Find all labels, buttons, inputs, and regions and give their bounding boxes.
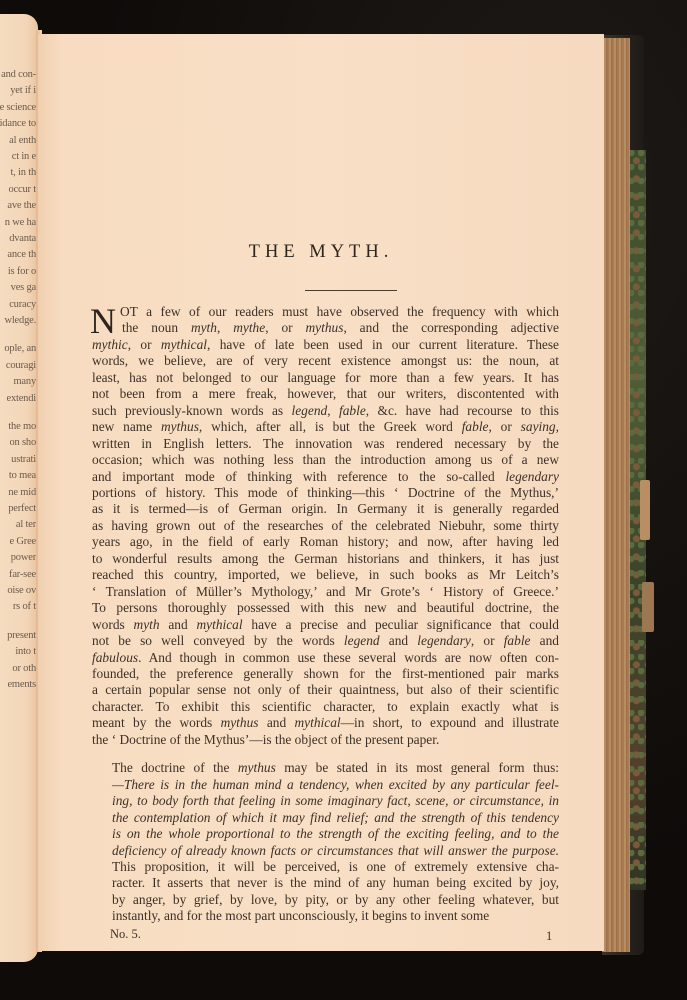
left-page-text-fragment: ves ga — [11, 281, 36, 294]
drop-cap: N — [90, 306, 116, 336]
left-page-text-fragment: ements — [7, 678, 36, 691]
left-page-text-fragment: curacy — [9, 298, 36, 311]
text-line: written in English letters. The innovati… — [92, 436, 559, 452]
left-page-text-fragment: idance to — [0, 117, 36, 130]
left-page-text-fragment: ct in e — [12, 150, 36, 163]
text-line: words myth and mythical have a precise a… — [92, 617, 559, 633]
left-page-text-fragment: and con- — [1, 68, 36, 81]
title-rule — [305, 290, 397, 291]
left-page-text-fragment: n we ha — [5, 216, 36, 229]
text-line: words, we believe, are of very recent ex… — [92, 353, 559, 369]
text-line: and important mode of thinking with refe… — [92, 469, 559, 485]
text-line: ing, to body forth that feeling in some … — [92, 793, 559, 809]
text-line: deficiency of already known facts or cir… — [92, 843, 559, 859]
text-line: is on the whole proportional to the stre… — [92, 826, 559, 842]
text-line: years ago, in the field of early Roman h… — [92, 534, 559, 550]
left-facing-page: and con-yet if ie scienceidance toal ent… — [0, 14, 38, 962]
left-page-text-fragment: power — [11, 551, 36, 564]
paragraph-2: The doctrine of the mythus may be stated… — [92, 760, 559, 925]
text-line: ‘ Translation of Müller’s Mythology,’ an… — [92, 584, 559, 600]
left-page-text-fragment: on sho — [9, 436, 36, 449]
text-line: founded, the preference generally shown … — [92, 666, 559, 682]
text-line: not be so well conveyed by the words leg… — [92, 633, 559, 649]
text-line: To persons thoroughly possessed with thi… — [92, 600, 559, 616]
text-line: fabulous. And though in common use these… — [92, 650, 559, 666]
left-page-text-fragment: far-see — [9, 568, 36, 581]
left-page-text-fragment: t, in th — [10, 166, 36, 179]
left-page-text-fragment: extendi — [6, 392, 36, 405]
text-line: as having grown out of the researches of… — [92, 518, 559, 534]
text-line: character. To exhibit this scientific ch… — [92, 699, 559, 715]
paragraph-1: N OT a few of our readers must have obse… — [92, 304, 559, 748]
text-line: to wonderful results among the German hi… — [92, 551, 559, 567]
text-line: the noun myth, mythe, or mythus, and the… — [92, 320, 559, 336]
left-page-text-fragment: wledge. — [4, 314, 36, 327]
text-line: the contemplation of which it may find r… — [92, 810, 559, 826]
text-line: by anger, by grief, by love, by pity, or… — [92, 892, 559, 908]
text-line: not been from a mere freak, however, tha… — [92, 386, 559, 402]
text-line: racter. It asserts that never is the min… — [92, 875, 559, 891]
text-line: reached this country, imported, we belie… — [92, 567, 559, 583]
article-body: N OT a few of our readers must have obse… — [92, 304, 559, 925]
text-line: meant by the words mythus and mythical—i… — [92, 715, 559, 731]
right-page: THE MYTH. N OT a few of our readers must… — [38, 34, 604, 951]
left-page-text-fragment: rs of t — [13, 600, 36, 613]
left-page-text-fragment: is for o — [8, 265, 36, 278]
left-page-text-fragment: occur t — [9, 183, 36, 196]
left-page-text-fragment: couragi — [6, 359, 36, 372]
left-page-text-fragment: dvanta — [9, 232, 36, 245]
text-line: new name mythus, which, after all, is bu… — [92, 419, 559, 435]
left-page-text-fragment: present — [7, 629, 36, 642]
cover-wear-mark — [640, 480, 650, 540]
text-line: instantly, and for the most part unconsc… — [92, 908, 559, 924]
text-line: The doctrine of the mythus may be stated… — [92, 760, 559, 776]
text-line: —There is in the human mind a tendency, … — [92, 777, 559, 793]
left-page-text-fragment: into t — [15, 645, 36, 658]
page-number: 1 — [546, 929, 552, 944]
left-page-text-fragment: ave the — [7, 199, 36, 212]
left-page-text-fragment: ople, an — [4, 342, 36, 355]
text-line: This proposition, it will be perceived, … — [92, 859, 559, 875]
left-page-text-fragment: ustrati — [11, 453, 36, 466]
text-line: such previously-known words as legend, f… — [92, 403, 559, 419]
left-page-text-fragment: al ter — [16, 518, 36, 531]
left-page-text-fragment: perfect — [8, 502, 36, 515]
left-page-text-fragment: to mea — [9, 469, 36, 482]
left-page-text-fragment: many — [13, 375, 36, 388]
article-title: THE MYTH. — [38, 242, 604, 263]
left-page-text-fragment: ance th — [7, 248, 36, 261]
left-page-text-fragment: e science — [0, 101, 36, 114]
text-line: a certain popular sense not only of thei… — [92, 682, 559, 698]
left-page-text-fragment: al enth — [9, 134, 36, 147]
text-line: portions of history. This mode of thinki… — [92, 485, 559, 501]
text-line: the ‘ Doctrine of the Mythus’—is the obj… — [92, 732, 559, 748]
text-line: occasion; which was nothing less than th… — [92, 452, 559, 468]
text-line: least, has not belonged to our language … — [92, 370, 559, 386]
text-line: as it is termed—is of German origin. In … — [92, 501, 559, 517]
cover-wear-mark — [642, 582, 654, 632]
left-page-text-fragment: oise ov — [7, 584, 36, 597]
signature-mark: No. 5. — [110, 927, 141, 942]
left-page-text-fragment: ne mid — [8, 486, 36, 499]
left-page-text-fragment: the mo — [8, 420, 36, 433]
left-page-text-fragment: or oth — [12, 662, 36, 675]
left-page-text-fragment: e Gree — [10, 535, 37, 548]
text-line: OT a few of our readers must have observ… — [92, 304, 559, 320]
text-line: mythic, or mythical, have of late been u… — [92, 337, 559, 353]
left-page-text-fragment: yet if i — [10, 84, 36, 97]
page-fore-edge — [602, 38, 630, 952]
